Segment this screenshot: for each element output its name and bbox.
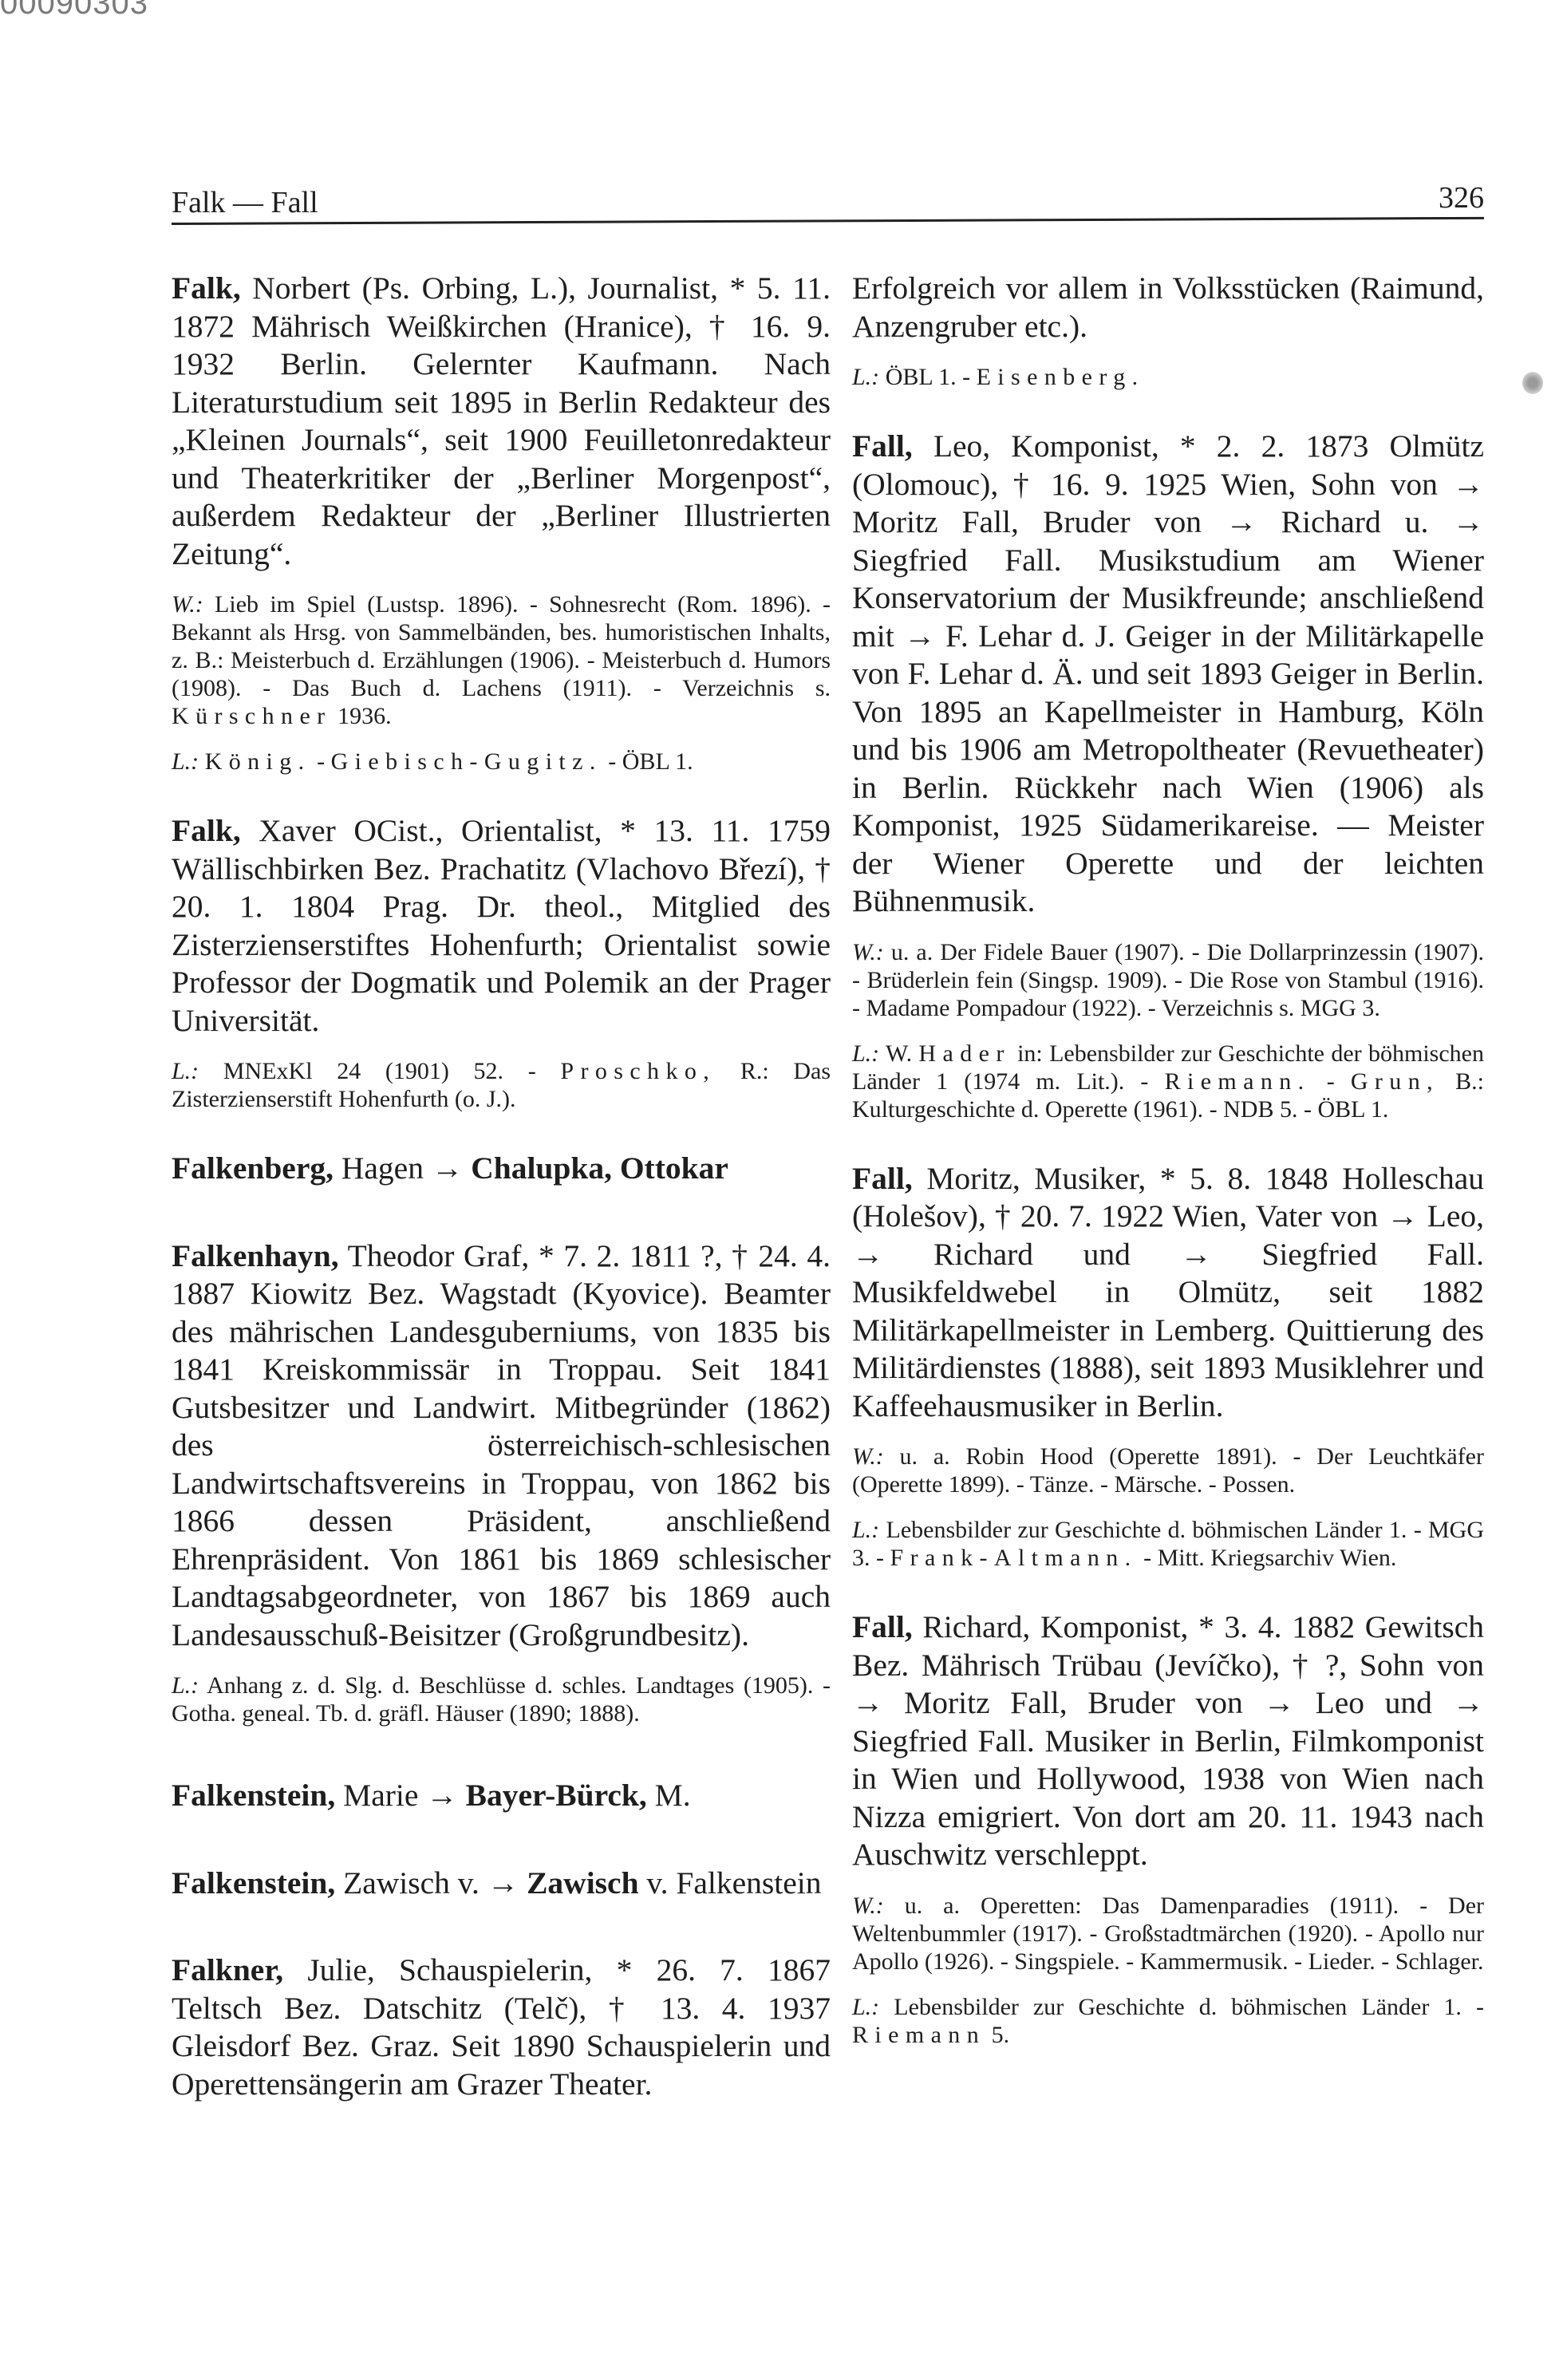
entry-body: Falk, Xaver OCist., Orientalist, * 13. 1…	[172, 812, 831, 1040]
works-label: W.:	[852, 1443, 884, 1470]
entry-body: Falkenhayn, Theodor Graf, * 7. 2. 1811 ?…	[172, 1237, 831, 1655]
entry-body: Fall, Moritz, Musiker, * 5. 8. 1848 Holl…	[852, 1160, 1484, 1426]
entry-fall-leo: Fall, Leo, Komponist, * 2. 2. 1873 Olmüt…	[852, 428, 1484, 1123]
spaced-author: Frank-Altmann.	[890, 1545, 1138, 1571]
literature-label: L.:	[852, 364, 879, 390]
entry-falk-xaver: Falk, Xaver OCist., Orientalist, * 13. 1…	[172, 812, 831, 1113]
works-label: W.:	[172, 591, 203, 618]
literature-list: L.: Lebensbilder zur Geschichte d. böhmi…	[852, 1993, 1484, 2049]
entry-body: Erfolgreich vor allem in Volksstücken (R…	[852, 270, 1484, 345]
works-label: W.:	[852, 939, 884, 965]
literature-list: L.: W. Hader in: Lebensbilder zur Geschi…	[852, 1040, 1484, 1123]
entry-lemma: Falkenhayn,	[172, 1238, 339, 1273]
spaced-author: König.	[205, 748, 311, 775]
entry-lemma: Falkenstein,	[172, 1778, 335, 1813]
spaced-author: Grun,	[1351, 1068, 1439, 1095]
literature-label: L.:	[172, 748, 199, 775]
literature-label: L.:	[852, 1994, 879, 2020]
entry-body: Falkenstein, Zawisch v. → Zawisch v. Fal…	[172, 1865, 831, 1903]
spaced-author: Eisenberg.	[977, 364, 1145, 390]
entry-lemma: Falk,	[172, 813, 241, 848]
entry-falkenstein-marie: Falkenstein, Marie → Bayer-Bürck, M.	[172, 1777, 831, 1815]
entry-body: Fall, Leo, Komponist, * 2. 2. 1873 Olmüt…	[852, 428, 1484, 921]
works-list: W.: u. a. Operetten: Das Damenparadies (…	[852, 1892, 1484, 1975]
works-list: W.: u. a. Der Fidele Bauer (1907). - Die…	[852, 938, 1484, 1022]
works-label: W.:	[852, 1893, 884, 1919]
entry-lemma: Fall,	[852, 1161, 913, 1196]
cross-reference: Chalupka, Ottokar	[471, 1151, 728, 1186]
entry-fall-richard: Fall, Richard, Komponist, * 3. 4. 1882 G…	[852, 1608, 1484, 2049]
entry-continuation: Erfolgreich vor allem in Volksstücken (R…	[852, 270, 1484, 391]
literature-label: L.:	[852, 1040, 879, 1067]
entry-body: Falk, Norbert (Ps. Orbing, L.), Journali…	[172, 270, 831, 573]
scan-id: 00090303	[0, 0, 148, 22]
entry-body: Falkenstein, Marie → Bayer-Bürck, M.	[172, 1777, 831, 1815]
entry-falkenberg-hagen: Falkenberg, Hagen → Chalupka, Ottokar	[172, 1150, 831, 1188]
entry-lemma: Fall,	[852, 428, 913, 464]
spaced-author: Riemann.	[1165, 1068, 1311, 1095]
cross-reference: Zawisch	[527, 1865, 638, 1900]
entry-fall-moritz: Fall, Moritz, Musiker, * 5. 8. 1848 Holl…	[852, 1160, 1484, 1573]
entry-lemma: Fall,	[852, 1609, 913, 1644]
left-column: Falk, Norbert (Ps. Orbing, L.), Journali…	[172, 270, 831, 2103]
entry-lemma: Falk,	[172, 270, 241, 306]
spaced-author: Riemann	[852, 2022, 985, 2048]
page-number: 326	[1439, 180, 1484, 215]
entry-falkner-julie: Falkner, Julie, Schauspielerin, * 26. 7.…	[172, 1952, 831, 2103]
entry-lemma: Falkner,	[172, 1952, 283, 1987]
cross-reference: Bayer-Bürck,	[466, 1778, 647, 1813]
literature-label: L.:	[172, 1058, 199, 1084]
entry-lemma: Falkenberg,	[172, 1151, 334, 1186]
spaced-author: Proschko,	[560, 1058, 716, 1084]
works-list: W.: Lieb im Spiel (Lustsp. 1896). - Sohn…	[172, 590, 831, 730]
literature-label: L.:	[852, 1517, 879, 1543]
literature-list: L.: ÖBL 1. - Eisenberg.	[852, 363, 1484, 391]
literature-label: L.:	[172, 1672, 199, 1699]
running-head-title: Falk — Fall	[172, 185, 318, 220]
entry-falkenhayn-theodor: Falkenhayn, Theodor Graf, * 7. 2. 1811 ?…	[172, 1237, 831, 1728]
right-column: Erfolgreich vor allem in Volksstücken (R…	[852, 270, 1484, 2049]
spaced-author: Giebisch-Gugitz.	[331, 748, 602, 775]
running-head: Falk — Fall 326	[172, 180, 1484, 220]
spaced-author: Hader	[918, 1040, 1010, 1067]
entry-body: Falkner, Julie, Schauspielerin, * 26. 7.…	[172, 1952, 831, 2103]
entry-falkenstein-zawisch: Falkenstein, Zawisch v. → Zawisch v. Fal…	[172, 1865, 831, 1903]
entry-body: Falkenberg, Hagen → Chalupka, Ottokar	[172, 1150, 831, 1188]
spaced-author: Kürschner	[172, 703, 332, 729]
entry-lemma: Falkenstein,	[172, 1865, 335, 1900]
literature-list: L.: MNExKl 24 (1901) 52. - Proschko, R.:…	[172, 1057, 831, 1113]
entry-body: Fall, Richard, Komponist, * 3. 4. 1882 G…	[852, 1608, 1484, 1874]
works-list: W.: u. a. Robin Hood (Operette 1891). - …	[852, 1443, 1484, 1498]
margin-smudge	[1522, 372, 1543, 394]
entry-falk-norbert: Falk, Norbert (Ps. Orbing, L.), Journali…	[172, 270, 831, 776]
literature-list: L.: Lebensbilder zur Geschichte d. böhmi…	[852, 1516, 1484, 1572]
literature-list: L.: Anhang z. d. Slg. d. Beschlüsse d. s…	[172, 1672, 831, 1727]
literature-list: L.: König. - Giebisch-Gugitz. - ÖBL 1.	[172, 748, 831, 776]
